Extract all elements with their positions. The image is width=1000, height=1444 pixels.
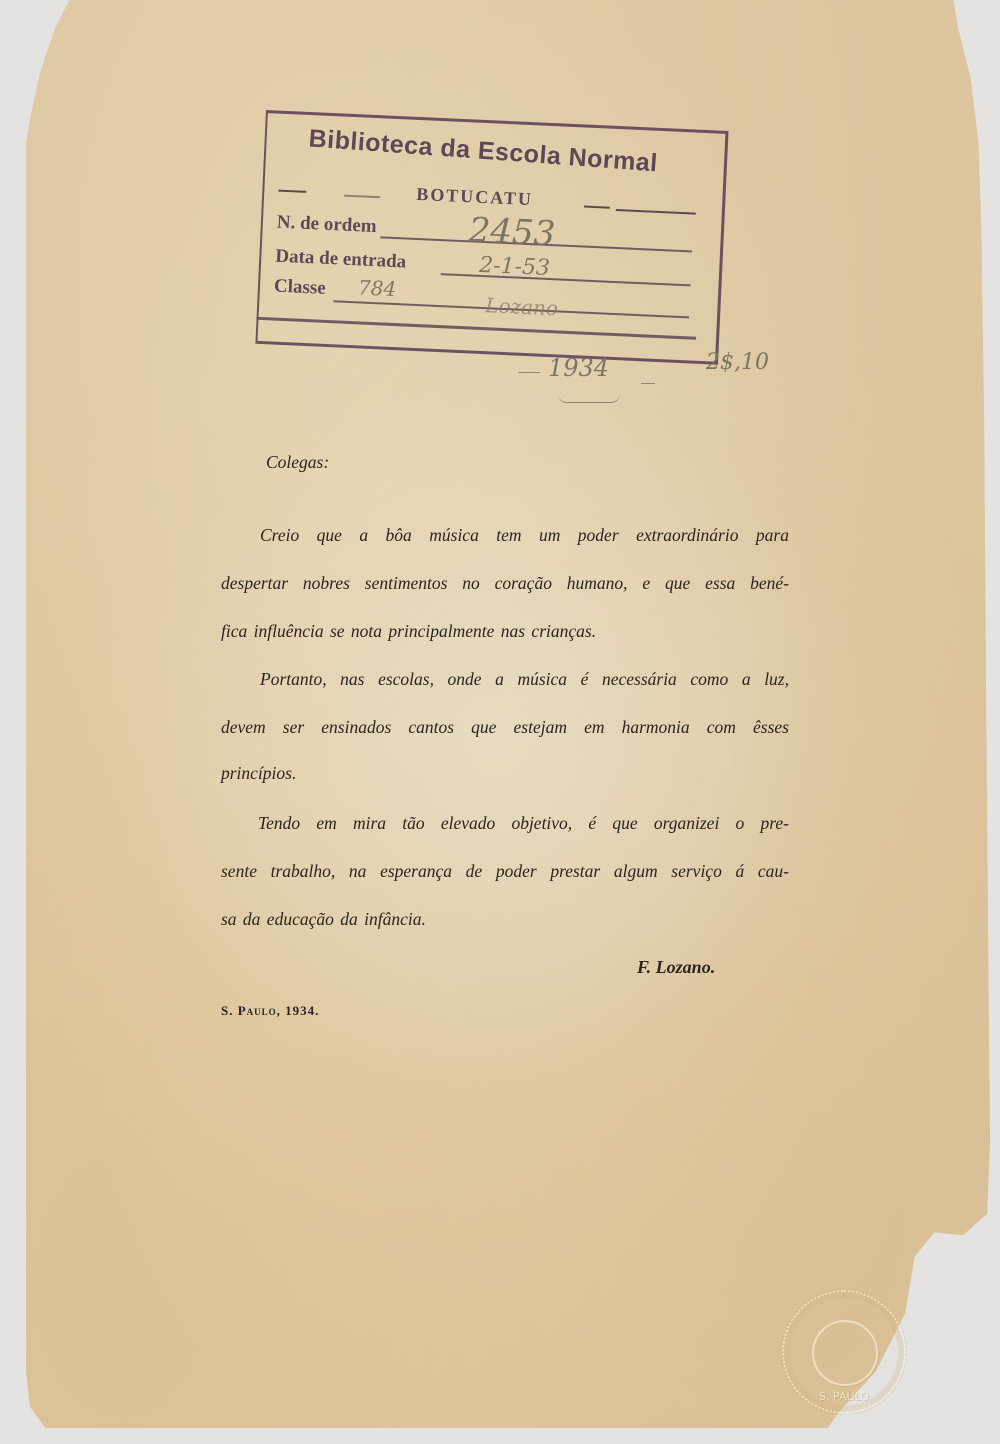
paragraph-2-line-3: princípios. <box>221 763 789 784</box>
paragraph-1-line-1: Creio que a bôa música tem um poder extr… <box>260 525 789 546</box>
stamp-date-label: Data de entrada <box>275 246 407 274</box>
library-stamp: Biblioteca da Escola Normal BOTUCATU N. … <box>255 110 728 365</box>
embossed-seal-icon: S. PAULO <box>782 1290 906 1414</box>
pencil-dash <box>641 383 655 384</box>
stamp-order-label: N. de ordem <box>276 212 377 239</box>
paragraph-1-line-2: despertar nobres sentimentos no coração … <box>221 573 789 594</box>
stamp-dash <box>584 206 610 209</box>
paragraph-1-line-3: fica influência se nota principalmente n… <box>221 621 789 642</box>
stamp-dash <box>278 190 306 193</box>
stamp-date-value: 2-1-53 <box>479 253 551 281</box>
scanned-page: Biblioteca da Escola Normal BOTUCATU N. … <box>0 0 1000 1444</box>
paragraph-2-line-2: devem ser ensinados cantos que estejam e… <box>221 717 789 738</box>
stamp-class-value: 784 <box>358 275 397 301</box>
stamp-order-value: 2453 <box>468 210 556 254</box>
stamp-dash <box>616 209 696 215</box>
stamp-bottom-rule <box>256 317 696 340</box>
stamp-title: Biblioteca da Escola Normal <box>308 124 659 178</box>
pencil-price-note: 2$,10 <box>706 350 769 375</box>
paragraph-3-line-2: sente trabalho, na esperança de poder pr… <box>221 861 789 882</box>
paragraph-3-line-1: Tendo em mira tão elevado objetivo, é qu… <box>258 813 789 834</box>
paragraph-2-line-1: Portanto, nas escolas, onde a música é n… <box>260 669 789 690</box>
paragraph-3-line-3: sa da educação da infância. <box>221 909 789 930</box>
pencil-underline <box>558 394 620 403</box>
stamp-dash <box>344 195 380 199</box>
stamp-city: BOTUCATU <box>416 184 534 210</box>
place-and-date: S. Paulo, 1934. <box>221 1003 319 1019</box>
stamp-class-extra: Lozano <box>485 293 559 320</box>
stamp-class-label: Classe <box>274 276 327 300</box>
signature: F. Lozano. <box>637 957 715 978</box>
letter-salutation: Colegas: <box>266 452 329 473</box>
pencil-dash <box>518 372 540 373</box>
seal-text: S. PAULO <box>784 1292 904 1412</box>
pencil-year-note: 1934 <box>548 354 609 382</box>
